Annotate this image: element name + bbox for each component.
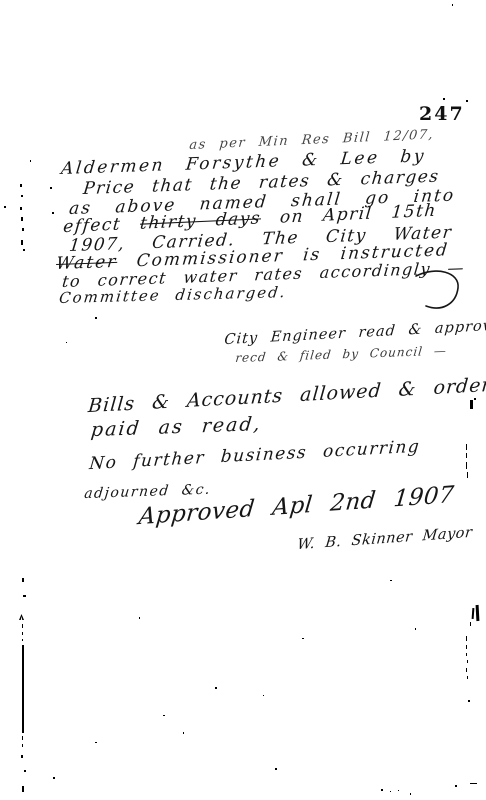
scan-speck	[95, 317, 97, 319]
scan-speck	[20, 207, 22, 210]
scan-speck	[263, 695, 264, 696]
page-number: 247	[419, 103, 465, 125]
scan-dash	[470, 783, 477, 784]
scan-speck	[66, 342, 67, 343]
scan-speck	[390, 580, 392, 581]
scan-speck	[53, 777, 55, 779]
scan-speck	[183, 732, 184, 734]
mayor-signature: W. B. Skinner Mayor	[296, 526, 473, 553]
scan-speck	[23, 249, 25, 251]
minutes-line-8: Committee discharged.	[58, 285, 287, 306]
scan-speck	[410, 793, 411, 795]
scan-speck	[23, 595, 26, 597]
closing-note-line-1: No further business occurring	[89, 439, 421, 473]
scan-mark	[19, 614, 24, 620]
scan-speck	[474, 398, 476, 400]
scan-speck	[275, 768, 277, 770]
scan-speck	[4, 206, 6, 208]
scan-mark	[476, 605, 480, 621]
scan-speck	[21, 217, 23, 221]
bills-note-line-1: Bills & Accounts allowed & ordered	[87, 375, 486, 417]
scan-speck	[215, 687, 217, 689]
scan-dash	[466, 645, 467, 649]
scan-dash	[22, 632, 23, 635]
scanned-manuscript-page: 247 as per Min Res Bill 12/07, Aldermen …	[0, 0, 486, 800]
scan-speck	[20, 184, 22, 187]
scan-speck	[443, 98, 445, 100]
scan-speck	[30, 160, 31, 162]
scan-speck	[452, 4, 453, 6]
scan-speck	[390, 791, 391, 792]
scan-dash	[466, 668, 467, 672]
scan-dash	[466, 653, 467, 656]
scan-dash	[466, 636, 467, 641]
scan-dash	[466, 444, 467, 450]
scan-mark	[472, 608, 475, 619]
scan-speck	[398, 790, 399, 791]
scan-dash	[467, 472, 468, 478]
scan-speck	[50, 187, 52, 189]
bills-note-line-2: paid as read,	[90, 415, 263, 440]
scan-speck	[163, 715, 165, 716]
scan-speck	[381, 789, 383, 791]
scan-dash	[467, 676, 468, 679]
scan-mark	[22, 786, 24, 792]
scan-speck	[24, 770, 26, 772]
scan-speck	[139, 617, 140, 619]
scan-speck	[415, 628, 416, 630]
scan-dash	[22, 736, 23, 740]
scan-dash	[467, 660, 468, 663]
scan-speck	[21, 755, 23, 758]
scan-dash	[466, 453, 467, 458]
scan-dash	[470, 622, 471, 626]
scan-speck	[302, 638, 304, 639]
scan-speck	[21, 195, 23, 197]
scan-speck	[21, 240, 23, 245]
closing-note-line-2: adjourned &c.	[84, 483, 212, 501]
scan-speck	[95, 742, 97, 743]
scan-dash	[466, 462, 467, 469]
scan-dash	[22, 744, 23, 747]
scan-dash	[22, 639, 23, 641]
scan-speck	[52, 212, 54, 214]
scan-speck	[468, 700, 470, 702]
scan-crease-line	[22, 645, 24, 733]
scan-speck	[466, 100, 468, 102]
scan-mark	[470, 400, 473, 409]
scan-speck	[455, 785, 457, 787]
engineer-note-line-2: recd & filed by Council —	[235, 345, 448, 364]
scan-dash	[22, 624, 23, 628]
scan-speck	[22, 228, 24, 231]
ink-flourish	[414, 264, 466, 316]
scan-speck	[22, 578, 24, 582]
